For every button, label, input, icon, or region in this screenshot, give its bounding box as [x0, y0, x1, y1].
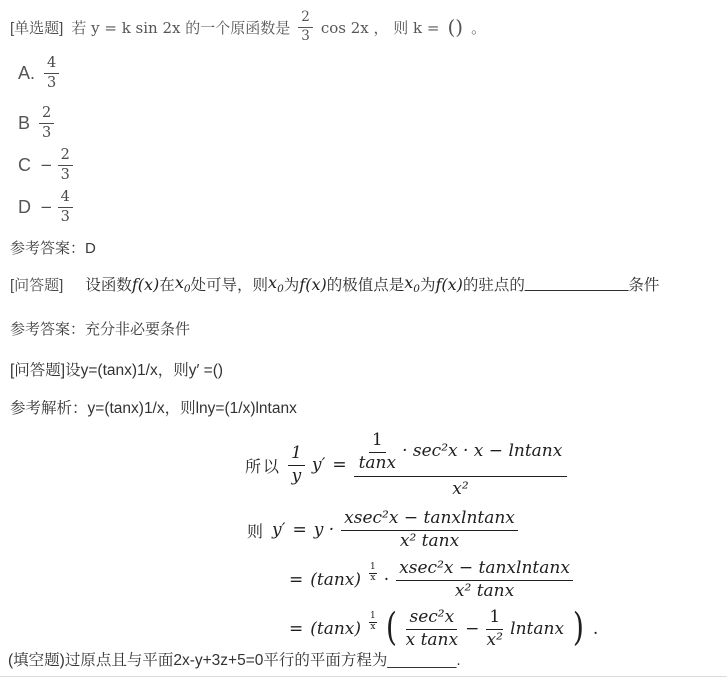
fill-blank-underline: ____________: [525, 275, 628, 293]
option-b-letter: B: [18, 113, 30, 134]
option-a-fraction: 4 3: [44, 55, 59, 91]
lntanx-tail: lntanx: [510, 619, 564, 639]
dot-operator: ·: [384, 570, 389, 590]
answer-parentheses: (): [447, 15, 463, 39]
option-c-minus-sign: −: [40, 156, 53, 174]
derivation-image: 所以 1 y y′ = 1 tanx · sec²x · x − lntanx …: [245, 425, 585, 647]
fraction-line-3: xsec²x − tanxlntanx x² tanx: [396, 559, 573, 601]
exponent-1-over-x: 1 x: [369, 612, 377, 633]
equals-sign: =: [289, 619, 303, 639]
x0-symbol: x0: [268, 273, 284, 295]
question-2-type-tag: [问答题]: [10, 274, 63, 295]
question-2-text: 的驻点的: [463, 273, 525, 295]
main-fraction-numerator: 1 tanx · sec²x · x − lntanx: [354, 431, 568, 477]
fill-blank-underline: ________: [387, 652, 456, 669]
option-d-minus-sign: −: [40, 198, 53, 216]
main-fraction: 1 tanx · sec²x · x − lntanx x²: [354, 431, 568, 500]
question-2-text: 为: [284, 273, 300, 295]
option-d-fraction: 4 3: [58, 189, 73, 225]
exponent-1-over-x: 1 x: [369, 563, 377, 584]
derivation-line-4: = (tanx) 1 x ( sec²x x tanx − 1 x² lntan…: [289, 608, 598, 650]
left-big-paren: (: [386, 610, 397, 644]
fx-symbol: f(x): [299, 275, 326, 294]
y-prime: y′: [312, 455, 325, 475]
question-4-text: 过原点且与平面2x-y+3z+5=0平行的平面方程为: [65, 652, 388, 669]
derivation-line-2: 则 y′ = y · xsec²x − tanxlntanx x² tanx: [247, 509, 518, 551]
question-3: [问答题]设y=(tanx)1/x，则y′ =(): [10, 358, 223, 380]
fraction-1-over-tanx: 1 tanx: [359, 431, 397, 473]
analysis-line: 参考解析：y=(tanx)1/x，则lny=(1/x)lntanx: [10, 396, 297, 418]
option-a-letter: A.: [18, 63, 35, 84]
question-4-period: .: [456, 652, 460, 669]
y-dot: y ·: [314, 520, 334, 540]
right-big-paren: ): [573, 610, 584, 644]
derivation-line-1: 所以 1 y y′ = 1 tanx · sec²x · x − lntanx …: [245, 431, 567, 500]
question-2-text: 在: [159, 273, 175, 295]
fraction-line-2: xsec²x − tanxlntanx x² tanx: [341, 509, 518, 551]
fx-symbol: f(x): [435, 275, 462, 294]
fraction-sec2x-over-xtanx: sec²x x tanx: [406, 608, 459, 650]
question-1-period: 。: [471, 17, 486, 38]
fraction-1-over-y: 1 y: [288, 444, 305, 486]
numerator-rest: · sec²x · x − lntanx: [402, 442, 562, 462]
x0-symbol: x0: [404, 273, 420, 295]
option-c: C − 2 3: [18, 147, 73, 183]
question-4: (填空题)过原点且与平面2x-y+3z+5=0平行的平面方程为________.: [8, 648, 461, 670]
question-2-text: 的极值点是: [327, 273, 405, 295]
equals-sign: =: [289, 570, 303, 590]
fraction-1-over-x2: 1 x²: [486, 608, 503, 650]
y-prime: y′: [272, 520, 285, 540]
option-d-letter: D: [18, 197, 31, 218]
answer-1-label: 参考答案：: [10, 240, 85, 257]
question-1-stem-post: cos 2x ， 则 k =: [321, 17, 440, 38]
option-a: A. 4 3: [18, 55, 59, 91]
question-3-text: 设y=(tanx)1/x，则y′ =(): [65, 362, 223, 379]
option-b-fraction: 2 3: [39, 105, 54, 141]
question-1-type-tag: [单选题]: [10, 17, 63, 38]
answer-1-value: D: [85, 240, 96, 257]
equals-sign: =: [292, 520, 306, 540]
derivation-line-3: = (tanx) 1 x · xsec²x − tanxlntanx x² ta…: [289, 559, 573, 601]
fx-symbol: f(x): [132, 275, 159, 294]
x0-symbol: x0: [175, 273, 191, 295]
option-c-fraction: 2 3: [58, 147, 73, 183]
answer-2-value: 充分非必要条件: [85, 321, 190, 338]
answer-line-2: 参考答案：充分非必要条件: [10, 318, 190, 339]
question-1-stem-pre: 若 y = k sin 2x 的一个原函数是: [71, 17, 290, 38]
minus-sign: −: [465, 619, 479, 639]
analysis-text: y=(tanx)1/x，则lny=(1/x)lntanx: [88, 400, 297, 417]
question-2-text: 为: [420, 273, 436, 295]
question-4-type-tag: (填空题): [8, 652, 65, 669]
exam-document-page: [单选题] 若 y = k sin 2x 的一个原函数是 2 3 cos 2x …: [0, 0, 727, 683]
question-2-text: 设函数: [85, 273, 132, 295]
main-fraction-denominator: x²: [452, 477, 468, 500]
tanx-base: (tanx): [310, 619, 361, 639]
question-1: [单选题] 若 y = k sin 2x 的一个原函数是 2 3 cos 2x …: [10, 10, 486, 44]
option-d: D − 4 3: [18, 189, 73, 225]
option-c-letter: C: [18, 155, 31, 176]
question-2-text: 处可导，则: [191, 273, 269, 295]
question-3-type-tag: [问答题]: [10, 362, 65, 379]
final-period: .: [593, 619, 598, 639]
equals-sign: =: [332, 455, 346, 475]
answer-line-1: 参考答案：D: [10, 237, 96, 258]
bottom-divider: [0, 676, 727, 677]
answer-2-label: 参考答案：: [10, 321, 85, 338]
analysis-label: 参考解析：: [10, 400, 88, 417]
question-2-tail: 条件: [628, 273, 659, 295]
question-2: [问答题] 设函数 f(x) 在 x0 处可导，则 x0 为 f(x) 的极值点…: [10, 273, 659, 295]
tanx-base: (tanx): [310, 570, 361, 590]
option-b: B 2 3: [18, 105, 54, 141]
fraction-two-thirds: 2 3: [298, 10, 313, 44]
derivation-line-2-prefix: 则: [247, 519, 265, 542]
derivation-line-1-prefix: 所以: [245, 454, 281, 477]
